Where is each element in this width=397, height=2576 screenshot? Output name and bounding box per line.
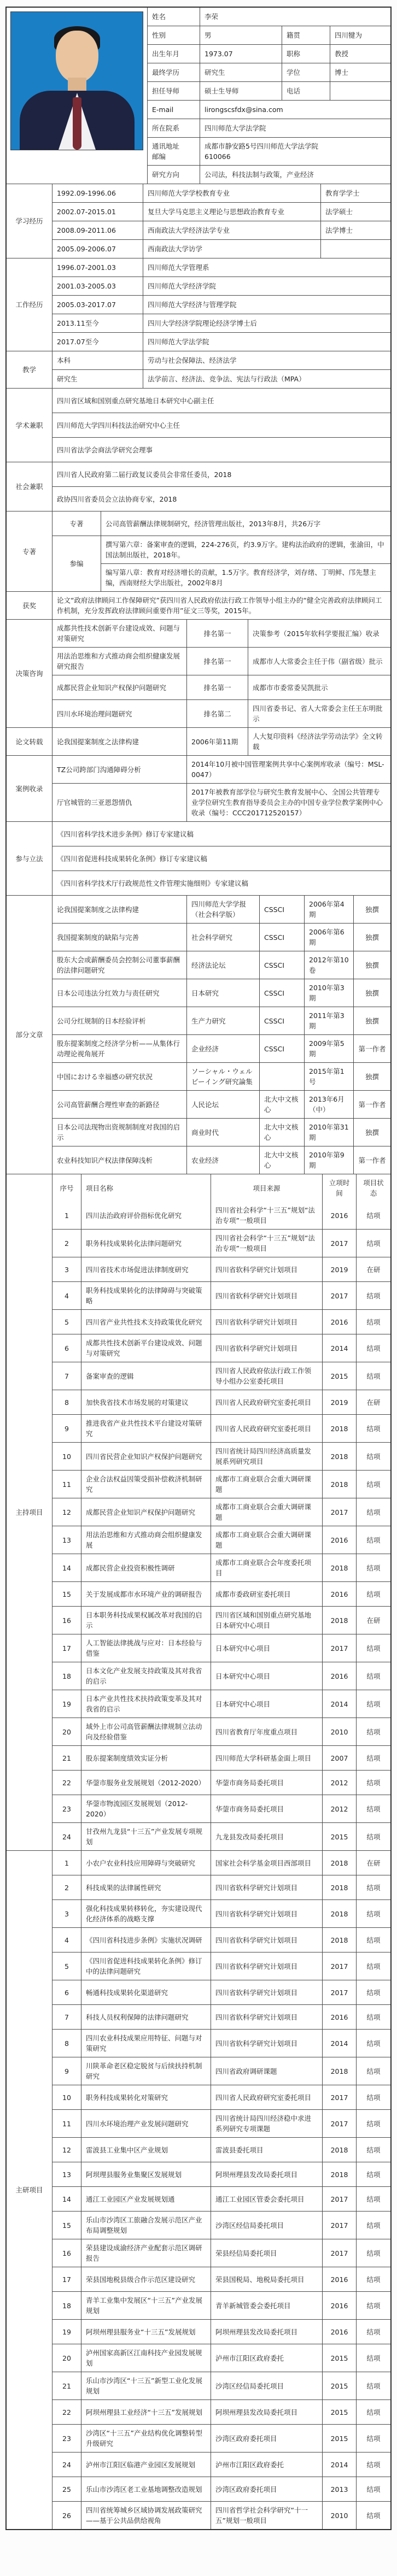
paper-index: CSSCI [259,979,304,1007]
basic-row-department: 所在院系 四川师范大学法学院 [148,119,390,137]
paper-journal: 生产力研究 [186,1007,259,1034]
project-title: 泸州市江阳区临港产业园区发展规划 [81,2453,211,2477]
project-no: 5 [52,1310,81,1334]
legislation-text: 《四川省科学技术厅行政规范性文件管理实施细则》专家建议稿 [52,871,390,895]
study-degree: 法学博士 [320,221,390,239]
education-label: 最终学历 [148,63,200,81]
project-source: 四川省软科学研究计划项目 [211,1928,322,1952]
paper-issue: 2010年第3期 [304,979,353,1007]
address-label: 通讯地址 邮编 [148,138,200,165]
email-value: lirongscsfdx@sina.com [200,101,390,119]
project-no: 18 [52,1662,81,1690]
project-title: 华蓥市物流园区发展规划（2012-2020） [81,1795,211,1822]
paper-row: 公司分红规制的日本经验评析 生产力研究 CSSCI 2011年第3期 独撰 [52,1007,390,1034]
section-consulting-label: 决策咨询 [7,620,52,727]
project-source: 四川省软科学研究计划项目 [211,1310,322,1334]
project-status: 结项 [356,1526,390,1554]
project-year: 2019 [322,1390,356,1414]
project-no: 1 [52,1202,81,1229]
project-status: 结项 [356,1746,390,1770]
project-title: 职务科技成果转化的法律障碍与突破策略 [81,1282,211,1309]
monograph-label: 专著 [52,511,101,536]
joined-project-row: 2 科技成果的法律属性研究 四川省软科学研究计划项目 2018 结项 [52,1875,390,1899]
hosted-project-row: 22 华蓥市服务业发展规划（2012-2020） 华蓥市商务局委托项目 2012… [52,1770,390,1795]
project-year: 2017 [322,2187,356,2211]
reprint-row: 论我国提案制度之法律构建 2006年第11期 人大复印资料《经济法学劳动法学》全… [52,728,390,755]
project-source: 四川省人民政府研究室委托项目 [211,2085,322,2109]
joined-project-row: 7 科技人员权利保障的法律问题研究 四川省软科学研究计划项目 2016 结项 [52,2004,390,2029]
coauthor-row: 参编 撰写第六章：备案审查的逻辑，224-276页，约3.9万字。建构法治政府的… [52,536,390,591]
project-status: 结项 [356,2320,390,2344]
paper-index [259,1063,304,1090]
project-source: 阿坝州理县发改局委托项目 [211,2162,322,2186]
paper-title: 股东大会或薪酬委员会控制公司董事薪酬的法律问题研究 [52,951,186,979]
paper-row: 农业科技知识产权法律保障浅析 农业经济 北大中文核心 2010年第9期 第一作者 [52,1146,390,1174]
project-year: 2017 [322,1282,356,1309]
social-post-rows: 四川省人民政府第二届行政复议委员会非常任委员，2018 政协四川省委员会立法协商… [52,462,390,511]
section-teaching-label: 教学 [7,351,52,388]
project-status: 结项 [356,2138,390,2162]
project-source: 四川省人民政府依法行政工作领导小组办公室委托项目 [211,1362,322,1390]
project-year: 2017 [322,1634,356,1662]
section-teaching: 教学 本科 劳动与社会保障法、经济法学 研究生 法学前言、经济法、竞争法、宪法与… [7,351,390,388]
award-text: 论文“政府法律顾问工作保障研究”获四川省人民政府依法行政工作领导小组主办的“健全… [52,592,390,619]
zip-label: 邮编 [152,151,179,162]
hosted-project-row: 10 四川省民营企业知识产权保护问题研究 四川省统计局四川经济高质量发展系列研究… [52,1442,390,1470]
legislation-row: 《四川省科学技术进步条例》修订专家建议稿 [52,822,390,846]
legislation-row: 《四川省促进科技成果转化条例》修订专家建议稿 [52,846,390,871]
project-status: 结项 [356,1334,390,1362]
paper-title: 股东提案制度之经济学分析——从集体行动理论视角展开 [52,1035,186,1062]
project-title: 通江工业园区产业发展规划通 [81,2187,211,2211]
case-title: TZ公司跨部门沟通障碍分析 [52,756,186,783]
basic-row-dob: 出生年月 1973.07 职称 教授 [148,44,390,63]
section-reprint-label: 论文转载 [7,728,52,755]
project-source: 沙湾区经信局委托项目 [211,2372,322,2399]
paper-role: 独撰 [353,1007,390,1034]
joined-project-row: 19 阿坝州理县服务业“十三五”发展规划 阿坝州理县发改局委托项目 2016 结… [52,2319,390,2344]
basic-row-address: 通讯地址 邮编 成都市静安路5号四川师范大学法学院 610066 [148,137,390,165]
joined-project-row: 12 雷波县工业集中区产业规划 雷波县委托项目 2018 结项 [52,2137,390,2162]
paper-title: 我国提案制度的缺陷与完善 [52,924,186,951]
project-source: 青羊新城管委会委托项目 [211,2292,322,2319]
joined-project-row: 11 四川水环境治理产业发展问题研究 四川省统计局四川经济稳中求进系列研究专项课… [52,2109,390,2137]
section-academic-posts: 学术兼职 四川省区域和国别重点研究基地日本研究中心副主任 四川师范大学四川科技法… [7,388,390,462]
paper-title: 中国における幸福感の研究状況 [52,1063,186,1090]
consulting-result: 四川省委书记、省人大常委会主任王东明批示 [248,700,390,727]
paper-role: 第一作者 [353,1091,390,1118]
project-year: 2018 [322,2138,356,2162]
project-source: 荣县国税局、地税局委托项目 [211,2267,322,2291]
project-title: 四川省民营企业知识产权保护问题研究 [81,1443,211,1470]
project-status: 结项 [356,1282,390,1309]
books-rows: 专著 公司高管薪酬法律规制研究，经济管理出版社，2013年8月，共26万字 参编… [52,511,390,591]
teaching-row: 研究生 法学前言、经济法、竞争法、宪法与行政法（MPA） [52,369,390,388]
section-consulting: 决策咨询 成都共性技术创新平台建设成效、问题与对策研究 排名第一 决策参考（20… [7,619,390,727]
study-degree: 教育学学士 [320,184,390,202]
monograph-text: 公司高管薪酬法律规制研究，经济管理出版社，2013年8月，共26万字 [101,511,390,536]
hosted-project-row: 19 日本产业共性技术扶持政策变革及其对我省的启示 日本研究中心项目 2014 … [52,1690,390,1718]
academic-post-row: 四川师范大学四川科技法治研究中心主任 [52,413,390,437]
project-no: 10 [52,1443,81,1470]
paper-index: CSSCI [259,896,304,923]
project-title: 关于发展成都市水环境产业的调研报告 [81,1582,211,1606]
project-source: 成都市工商业联合会重大调研课题 [211,1471,322,1498]
study-row: 1992.09-1996.06 四川师范大学学校教育专业 教育学学士 [52,184,390,202]
project-title: 日本文化产业发展支持政策及其对我省的启示 [81,1662,211,1690]
project-year: 2017 [322,1230,356,1257]
case-row: TZ公司跨部门沟通障碍分析 2014年10月被中国管理案例共享中心案例库收录（编… [52,756,390,783]
consulting-result: 成都市市委常委吴凯批示 [248,675,390,699]
project-no: 3 [52,1900,81,1927]
social-post-text: 政协四川省委员会立法协商专家，2018 [52,487,390,511]
joined-project-row: 6 畅通科技成果转化渠道研究 四川省软科学研究计划项目 2017 结项 [52,1980,390,2004]
project-source: 四川省软科学研究计划项目 [211,1875,322,1899]
project-title: 青羊工业集中发展区“十三五”产业发展规划 [81,2292,211,2319]
monograph-row: 专著 公司高管薪酬法律规制研究，经济管理出版社，2013年8月，共26万字 [52,511,390,536]
project-year: 2015 [322,1362,356,1390]
basic-row-mentor: 担任导师 硕士生导师 电话 [148,81,390,100]
study-detail: 复旦大学马克思主义理论与思想政治教育专业 [143,203,320,221]
project-title: 沙湾区“十三五”产业结构优化调整转型升级研究 [81,2425,211,2452]
project-year: 2014 [322,1690,356,1718]
hosted-project-row: 18 日本文化产业发展支持政策及其对我省的启示 日本研究中心项目 2016 结项 [52,1662,390,1690]
paper-role: 独撰 [353,896,390,923]
consulting-rank: 排名第二 [186,700,248,727]
photo-tie-shape [73,97,81,150]
work-detail: 四川师范大学经济学院 [143,277,390,295]
academic-post-text: 四川师范大学四川科技法治研究中心主任 [52,413,390,437]
project-status: 结项 [356,1980,390,2004]
section-work-label: 工作经历 [7,258,52,351]
project-year: 2015 [322,2400,356,2424]
project-no: 21 [52,2372,81,2399]
paper-issue: 2010年第31期 [304,1119,353,1146]
paper-index: CSSCI [259,951,304,979]
project-source: 四川省区域和国别重点研究基地日本研究中心项目 [211,1607,322,1634]
project-title: 企业合法权益因策受损补偿救济机制研究 [81,1471,211,1498]
basic-row-name: 姓名 李荣 [148,8,390,26]
joined-project-rows: 1 小农户农业科技应用障碍与突破研究 国家社会科学基金项目西部项目 2018 在… [52,1851,390,2529]
project-source: 阿坝州理县发改局委托项目 [211,2320,322,2344]
project-title: 泸州国家高新区江南科技产业园发展规划 [81,2344,211,2372]
email-label: E-mail [148,101,200,119]
project-source: 荣县经信局委托项目 [211,2239,322,2267]
coauthor-entries: 撰写第六章：备案审查的逻辑，224-276页，约3.9万字。建构法治政府的逻辑，… [101,536,390,591]
project-source: 四川省软科学研究计划项目 [211,1334,322,1362]
project-no: 20 [52,2344,81,2372]
project-title: 荣县建设成渝经济产业配套示范区调研报告 [81,2239,211,2267]
phone-label: 电话 [282,82,330,100]
project-year: 2016 [322,2267,356,2291]
work-period: 2013.11至今 [52,314,143,332]
consulting-title: 用法治思维和方式推动商会组织健康发展研究报告 [52,648,186,675]
paper-index: 北大中文核心 [259,1119,304,1146]
project-title: 畅通科技成果转化渠道研究 [81,1980,211,2004]
work-row: 2013.11至今 四川大学经济学院理论经济学博士后 [52,314,390,332]
project-title: 用法治思维和方式推动商会组织健康发展 [81,1526,211,1554]
title-value: 教授 [330,45,390,63]
project-status: 结项 [356,1718,390,1745]
project-status: 结项 [356,2085,390,2109]
project-source: 沙湾区政府委托项目 [211,2425,322,2452]
project-year: 2018 [322,1928,356,1952]
project-no: 4 [52,1928,81,1952]
project-no: 22 [52,1771,81,1795]
project-no: 18 [52,2292,81,2319]
project-status: 结项 [356,2030,390,2057]
paper-journal: ソーシャル・ウェルビーイング研究論集 [186,1063,259,1090]
project-no: 22 [52,2400,81,2424]
work-period: 2001.03-2005.03 [52,277,143,295]
projects-header-source: 项目来源 [211,1174,322,1202]
project-status: 结项 [356,1928,390,1952]
project-year: 2018 [322,1554,356,1581]
paper-row: 我国提案制度的缺陷与完善 社会科学研究 CSSCI 2006年第6期 独撰 [52,923,390,951]
paper-title: 公司分红规制的日本经验评析 [52,1007,186,1034]
project-title: 推进我省产业共性技术平台建设对策研究 [81,1415,211,1442]
address-label-line1: 通讯地址 [152,141,179,151]
project-year: 2010 [322,1718,356,1745]
hosted-project-row: 1 四川法治政府评价指标优化研究 四川省社会科学“十三五”规划“法治专项”一般项… [52,1202,390,1229]
project-no: 23 [52,1795,81,1822]
project-title: 小农户农业科技应用障碍与突破研究 [81,1851,211,1875]
teaching-courses: 劳动与社会保障法、经济法学 [143,351,390,369]
project-year: 2016 [322,1202,356,1229]
section-profile: 姓名 李荣 性别 男 籍贯 四川犍为 出生年月 1973.07 职称 教授 最终… [7,8,390,184]
section-academic-posts-label: 学术兼职 [7,389,52,462]
legislation-rows: 《四川省科学技术进步条例》修订专家建议稿 《四川省促进科技成果转化条例》修订专家… [52,822,390,895]
award-row: 论文“政府法律顾问工作保障研究”获四川省人民政府依法行政工作领导小组主办的“健全… [52,592,390,619]
legislation-row: 《四川省科学技术厅行政规范性文件管理实施细则》专家建议稿 [52,871,390,895]
project-title: 乐山市沙湾区老工业基地调整改造规划 [81,2477,211,2501]
project-status: 结项 [356,2344,390,2372]
section-legislation: 参与立法 《四川省科学技术进步条例》修订专家建议稿 《四川省促进科技成果转化条例… [7,821,390,895]
joined-project-row: 23 沙湾区“十三五”产业结构优化调整转型升级研究 沙湾区政府委托项目 2015… [52,2424,390,2452]
academic-post-rows: 四川省区域和国别重点研究基地日本研究中心副主任 四川师范大学四川科技法治研究中心… [52,389,390,462]
paper-title: 日本公司违法分红效力与责任研究 [52,979,186,1007]
study-period: 2005.09-2006.07 [52,240,143,258]
project-no: 16 [52,1607,81,1634]
paper-issue: 2006年第4期 [304,896,353,923]
work-detail: 四川师范大学管理系 [143,258,390,277]
case-rows: TZ公司跨部门沟通障碍分析 2014年10月被中国管理案例共享中心案例库收录（编… [52,756,390,821]
project-no: 6 [52,1334,81,1362]
projects-header-row: 序号 项目名称 项目来源 立项时间 项目状态 [52,1174,390,1202]
project-status: 结项 [356,2239,390,2267]
project-title: 成都共性技术创新平台建设成效、问题与对策研究 [81,1334,211,1362]
project-year: 2014 [322,1334,356,1362]
project-no: 19 [52,2320,81,2344]
paper-role: 独撰 [353,979,390,1007]
consulting-rows: 成都共性技术创新平台建设成效、问题与对策研究 排名第一 决策参考（2015年软科… [52,620,390,727]
project-title: 阿坝理县服务业集聚区发展规划 [81,2162,211,2186]
project-no: 26 [52,2502,81,2529]
project-year: 2015 [322,2372,356,2399]
hosted-project-row: 23 华蓥市物流园区发展规划（2012-2020） 华蓥市商务局委托项目 201… [52,1795,390,1822]
project-source: 沙湾区经信局委托项目 [211,2212,322,2239]
section-award-label: 获奖 [7,592,52,619]
project-year: 2018 [322,1607,356,1634]
project-status: 结项 [356,2187,390,2211]
project-source: 四川省软科学研究计划项目 [211,2005,322,2029]
consulting-row: 用法治思维和方式推动商会组织健康发展研究报告 排名第一 成都市人大常委会主任于伟… [52,647,390,675]
teaching-level: 研究生 [52,370,143,388]
paper-role: 独撰 [353,951,390,979]
study-degree: 法学硕士 [320,203,390,221]
project-status: 结项 [356,1471,390,1498]
project-status: 结项 [356,1498,390,1526]
project-source: 四川省统计局四川经济高质量发展系列研究项目 [211,1443,322,1470]
work-row: 1996.07-2001.03 四川师范大学管理系 [52,258,390,277]
paper-journal: 人民论坛 [186,1091,259,1118]
project-title: 甘孜州九龙县“十三五”产业发展专项规划 [81,1823,211,1850]
project-year: 2016 [322,1662,356,1690]
project-no: 12 [52,1498,81,1526]
project-year: 2018 [322,1415,356,1442]
project-source: 四川省软科学研究计划项目 [211,1952,322,1980]
paper-role: 第一作者 [353,1146,390,1174]
section-cases: 案例收录 TZ公司跨部门沟通障碍分析 2014年10月被中国管理案例共享中心案例… [7,755,390,821]
paper-journal: 日本研究 [186,979,259,1007]
project-source: 成都市工商业联合会重大调研课题 [211,1498,322,1526]
project-source: 国家社会科学基金项目西部项目 [211,1851,322,1875]
hosted-project-row: 4 职务科技成果转化的法律障碍与突破策略 四川省软科学研究计划项目 2017 结… [52,1281,390,1309]
paper-role: 独撰 [353,1119,390,1146]
project-source: 四川省软科学研究计划项目 [211,1980,322,2004]
project-source: 四川省人民政府研究室委托项目 [211,1390,322,1414]
consulting-rank: 排名第一 [186,620,248,647]
project-title: 成都民营企业投资积极性调研 [81,1554,211,1581]
project-year: 2015 [322,1823,356,1850]
project-no: 6 [52,1980,81,2004]
academic-post-text: 四川省区域和国别重点研究基地日本研究中心副主任 [52,389,390,413]
reprint-note: 人大复印资料《经济法学劳动法学》全文转载 [248,728,390,755]
project-year: 2017 [322,1498,356,1526]
project-title: 《四川省科技进步条例》实施状况调研 [81,1928,211,1952]
project-status: 结项 [356,1230,390,1257]
project-title: 加快我省技术市场发展的对策建议 [81,1390,211,1414]
hosted-project-row: 16 日本职务科技成果权属改革对我国的启示 四川省区域和国别重点研究基地日本研究… [52,1606,390,1634]
paper-index: CSSCI [259,1035,304,1062]
joined-project-row: 22 阿坝州理县工业经济“十三五”发展规划 阿坝州理县发改局委托项目 2015 … [52,2399,390,2424]
project-source: 泸州市江阳区政府委托 [211,2453,322,2477]
project-source: 雷波县委托项目 [211,2138,322,2162]
hosted-project-row: 12 成都民营企业知识产权保护问题研究 成都市工商业联合会重大调研课题 2017… [52,1498,390,1526]
work-row: 2001.03-2005.03 四川师范大学经济学院 [52,277,390,295]
joined-project-row: 10 职务科技成果转化对策研究 四川省人民政府研究室委托项目 2017 结项 [52,2085,390,2109]
project-no: 8 [52,1390,81,1414]
project-title: 阿坝州理县服务业“十三五”发展规划 [81,2320,211,2344]
photo-neck-shape [68,78,86,92]
department-label: 所在院系 [148,119,200,137]
project-no: 2 [52,1230,81,1257]
section-cases-label: 案例收录 [7,756,52,821]
project-year: 2007 [322,1746,356,1770]
joined-project-row: 17 荣县国地税县级合作示范区建设研究 荣县国税局、地税局委托项目 2016 结… [52,2267,390,2291]
paper-journal: 农业经济 [186,1146,259,1174]
social-post-row: 政协四川省委员会立法协商专家，2018 [52,486,390,511]
project-year: 2017 [322,2085,356,2109]
project-status: 结项 [356,2502,390,2529]
hosted-project-row: 2 职务科技成果转化法律问题研究 四川省社会科学“十三五”规划“法治专项”一般项… [52,1229,390,1257]
project-no: 9 [52,1415,81,1442]
case-title: 厅官城管的三亚恩怨情仇 [52,784,186,821]
project-no: 13 [52,1526,81,1554]
paper-journal: 商业时代 [186,1119,259,1146]
project-year: 2017 [322,2239,356,2267]
mentor-label: 担任导师 [148,82,200,100]
reprint-issue: 2006年第11期 [186,728,248,755]
section-joined-projects: 主研项目 1 小农户农业科技应用障碍与突破研究 国家社会科学基金项目西部项目 2… [7,1850,390,2529]
project-status: 结项 [356,1582,390,1606]
project-source: 成都市工商业联合会年度委托项目 [211,1554,322,1581]
consulting-row: 成都共性技术创新平台建设成效、问题与对策研究 排名第一 决策参考（2015年软科… [52,620,390,647]
research-value: 公司法，科技法制与政策，产业经济 [200,166,390,184]
project-status: 结项 [356,1795,390,1822]
section-study-label: 学习经历 [7,184,52,258]
paper-title: 农业科技知识产权法律保障浅析 [52,1146,186,1174]
section-reprint: 论文转载 论我国提案制度之法律构建 2006年第11期 人大复印资料《经济法学劳… [7,727,390,755]
project-no: 3 [52,1257,81,1281]
project-no: 11 [52,2110,81,2137]
section-books: 专著 专著 公司高管薪酬法律规制研究，经济管理出版社，2013年8月，共26万字… [7,511,390,591]
consulting-row: 四川水环境治理问题研究 排名第二 四川省委书记、省人大常委会主任王东明批示 [52,699,390,727]
joined-project-row: 14 通江工业园区产业发展规划通 通江工业园区管委会委托项目 2017 结项 [52,2186,390,2211]
gender-label: 性别 [148,26,200,44]
project-title: 四川省技术市场促进法律制度研究 [81,1257,211,1281]
consulting-row: 成都民营企业知识产权保护问题研究 排名第一 成都市市委常委吴凯批示 [52,675,390,699]
project-source: 阿坝州理县发改局委托项目 [211,2400,322,2424]
address-value: 成都市静安路5号四川师范大学法学院 610066 [200,138,390,165]
project-year: 2016 [322,1582,356,1606]
project-title: 日本产业共性技术扶持政策变革及其对我省的启示 [81,1690,211,1718]
project-status: 结项 [356,1415,390,1442]
hosted-project-row: 13 用法治思维和方式推动商会组织健康发展 成都市工商业联合会重大调研课题 20… [52,1526,390,1554]
project-status: 结项 [356,1952,390,1980]
section-legislation-label: 参与立法 [7,822,52,895]
native-value: 四川犍为 [330,26,390,44]
project-title: 雷波县工业集中区产业规划 [81,2138,211,2162]
section-joined-projects-label: 主研项目 [7,1851,52,2529]
project-no: 16 [52,2239,81,2267]
joined-project-row: 15 乐山市沙湾区工旅融合发展示范区产业布局调整规划 沙湾区经信局委托项目 20… [52,2211,390,2239]
department-value: 四川师范大学法学院 [200,119,390,137]
photo-face-shape [56,31,98,83]
project-no: 4 [52,1282,81,1309]
social-post-row: 四川省人民政府第二届行政复议委员会非常任委员，2018 [52,462,390,486]
work-detail: 四川师范大学经济与管理学院 [143,296,390,314]
project-no: 20 [52,1718,81,1745]
paper-role: 独撰 [353,924,390,951]
project-status: 结项 [356,2372,390,2399]
paper-issue: 2015年第1号 [304,1063,353,1090]
address-text: 成都市静安路5号四川师范大学法学院 [205,141,318,151]
reprint-rows: 论我国提案制度之法律构建 2006年第11期 人大复印资料《经济法学劳动法学》全… [52,728,390,755]
paper-row: 日本公司法现物出资规制制度对我国的启示 商业时代 北大中文核心 2010年第31… [52,1118,390,1146]
mentor-value: 硕士生导师 [200,82,282,100]
joined-project-row: 24 泸州市江阳区临港产业园区发展规划 泸州市江阳区政府委托 2014 结项 [52,2452,390,2477]
projects-header-time: 立项时间 [322,1174,356,1202]
basic-row-education: 最终学历 研究生 学位 博士 [148,63,390,81]
hosted-project-row: 17 人工智能法律挑战与应对：日本经验与借鉴 日本研究中心项目 2017 结项 [52,1634,390,1662]
project-status: 在研 [356,1257,390,1281]
joined-project-row: 26 四川省统筹城乡区域协调发展政策研究——基于公共品供给视角 四川省哲学社会科… [52,2501,390,2529]
paper-issue: 2013年6月（中） [304,1091,353,1118]
project-status: 结项 [356,2005,390,2029]
project-title: 《四川省促进科技成果转化条例》修订中的法律问题研究 [81,1952,211,1980]
project-source: 四川省软科学研究计划项目 [211,1900,322,1927]
